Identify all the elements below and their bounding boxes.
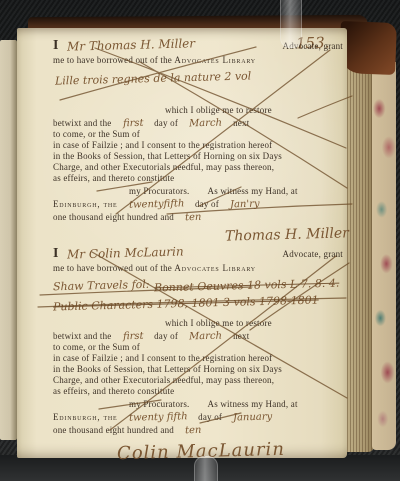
book-list: Shaw Travels fol: Bonnet Oeuvres 18 vols… [53,276,349,312]
advocates-library-label: Advocates Library [174,55,256,65]
failzie-clause: in case of Failzie ; and I consent to th… [53,353,349,364]
return-day: first [122,331,143,343]
charge-clause: Charge, and other Executorials needful, … [53,375,349,386]
borrowed-line: me to have borrowed out of the Advocates… [53,53,349,66]
borrower-line: I Mr Thomas H. Miller Advocate, grant [53,38,349,53]
effeirs-clause: as effeirs, and thereto constitute [53,386,349,397]
borrower-name: Mr Thomas H. Miller [66,36,194,53]
procurators-line: my Procurators. As witness my Hand, at [129,397,349,410]
signing-month: January [233,411,273,423]
return-date-line: betwixt and the first day of March next [53,116,349,129]
photo-background: 153. I Mr Thomas H. Miller Advocate, gra… [0,0,400,481]
return-date-line: betwixt and the first day of March next [53,329,349,342]
edinburgh-label: Edinburgh, the [53,199,118,209]
restore-clause: which I oblige me to restore [165,318,349,329]
sum-clause: to come, or the Sum of [53,129,349,140]
year-line: one thousand eight hundred and ten [53,210,349,223]
signing-day: twentyfifth [128,198,184,210]
year-word: ten [185,425,202,436]
archival-clip-top [280,0,302,48]
failzie-clause: in case of Failzie ; and I consent to th… [53,140,349,151]
signing-day: twenty fifth [128,411,187,424]
signing-date-line: Edinburgh, the twentyfifth day of Jan'ry [53,197,349,210]
printed-i: I [53,38,59,53]
sum-clause: to come, or the Sum of [53,342,349,353]
borrow-entry-miller: I Mr Thomas H. Miller Advocate, grant me… [53,38,349,244]
signing-date-line: Edinburgh, the twenty fifth day of Janua… [53,410,349,423]
session-clause: in the Books of Session, that Letters of… [53,151,349,162]
restore-clause: which I oblige me to restore [165,105,349,116]
effeirs-clause: as effeirs, and thereto constitute [53,173,349,184]
book-title: Lille trois regnes de la nature 2 vol [55,70,252,87]
return-month: March [189,331,222,343]
register-page: 153. I Mr Thomas H. Miller Advocate, gra… [17,28,347,458]
printed-i: I [53,246,59,261]
book-list: Lille trois regnes de la nature 2 vol [55,69,349,87]
year-line: one thousand eight hundred and ten [53,423,349,436]
borrower-name: Mr Colin McLaurin [66,244,183,261]
book-title: Shaw Travels fol: [53,279,150,294]
charge-clause: Charge, and other Executorials needful, … [53,162,349,173]
facing-page-edge [0,40,17,440]
book-title-struck: Public Characters 1798, 1801 3 vols 1798… [53,295,319,314]
borrower-line: I Mr Colin McLaurin Advocate, grant [53,246,349,261]
return-day: first [122,118,143,130]
marbled-cover-edge [372,62,396,450]
archival-clip-bottom [194,456,218,481]
borrowed-line: me to have borrowed out of the Advocates… [53,261,349,274]
signing-month: Jan'ry [230,199,260,211]
advocates-library-label: Advocates Library [174,263,256,273]
session-clause: in the Books of Session, that Letters of… [53,364,349,375]
borrow-entry-maclaurin: I Mr Colin McLaurin Advocate, grant me t… [53,246,349,462]
signature-miller: Thomas H. Miller [53,226,349,244]
book-title-struck: Bonnet Oeuvres 18 vols L 7. 8. 4. [153,278,339,295]
procurators-line: my Procurators. As witness my Hand, at [129,184,349,197]
return-month: March [189,118,222,130]
edinburgh-label: Edinburgh, the [53,412,118,422]
advocate-grant-label: Advocate, grant [283,247,343,261]
year-word: ten [185,212,202,223]
